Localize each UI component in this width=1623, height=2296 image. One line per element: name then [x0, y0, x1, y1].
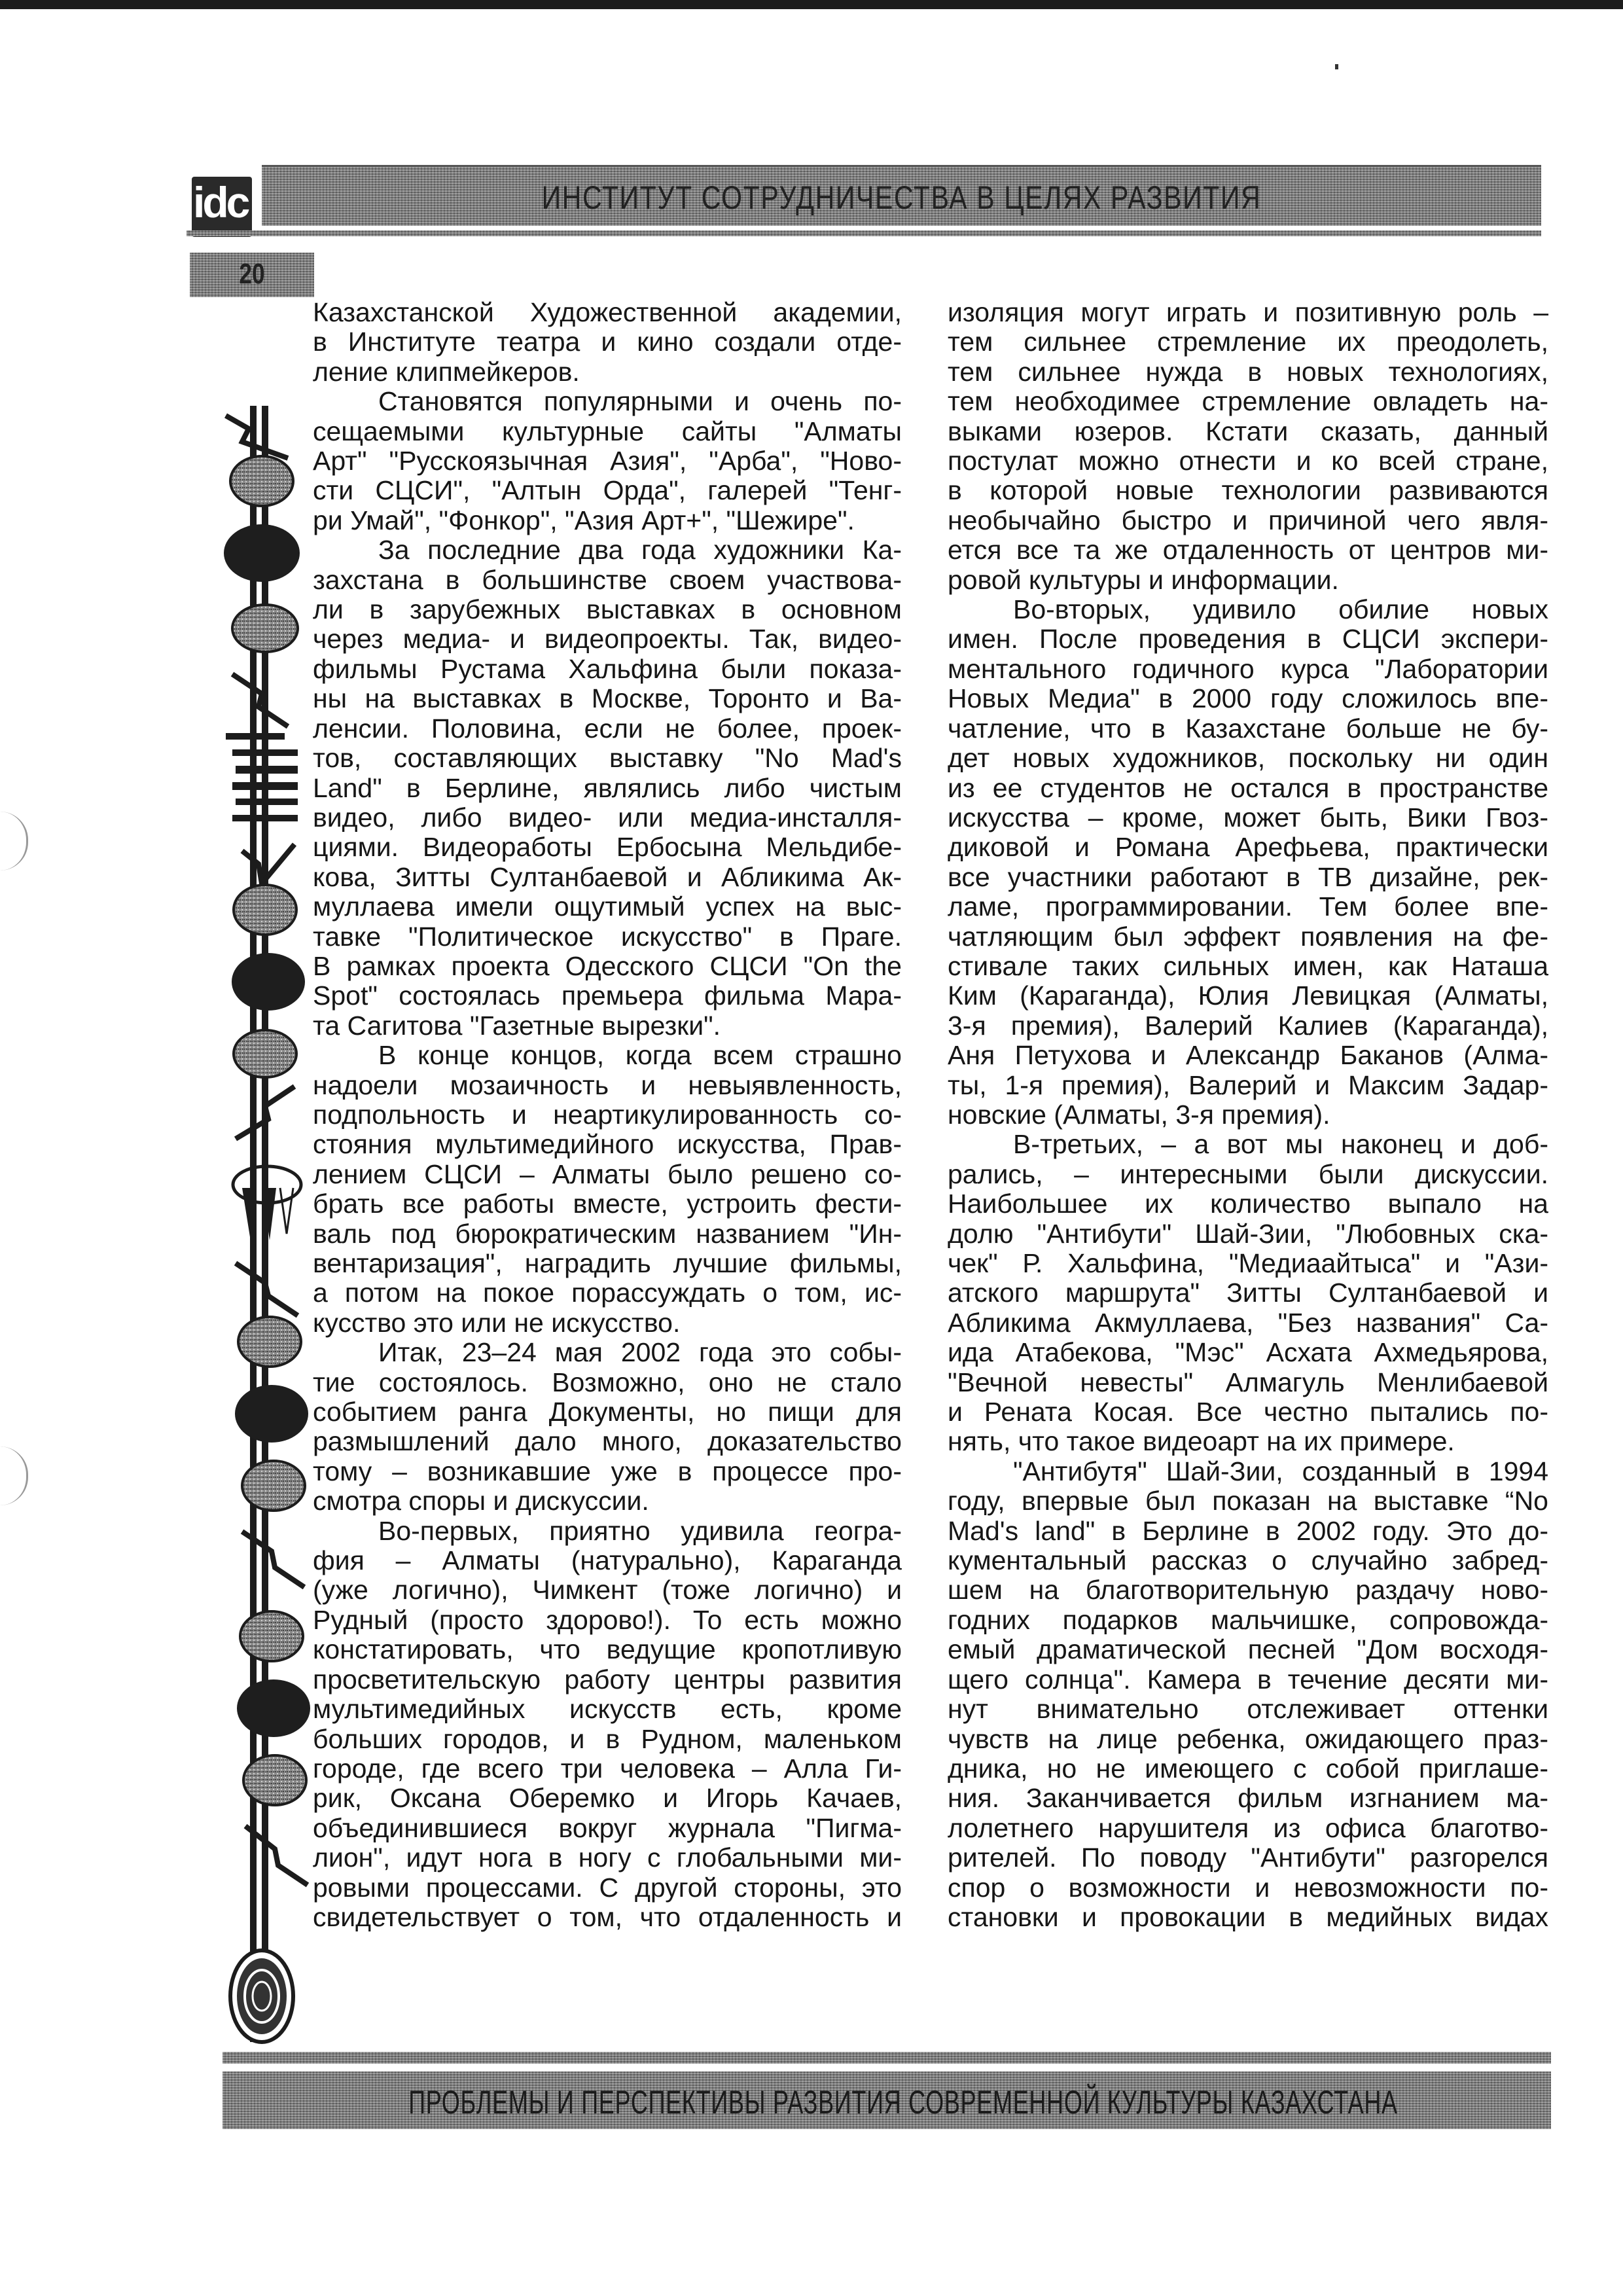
text-line: свидетельствует о том, что отдаленность … [313, 1903, 902, 1932]
header-band: ИНСТИТУТ СОТРУДНИЧЕСТВА В ЦЕЛЯХ РАЗВИТИЯ [262, 165, 1541, 226]
black-disc-icon [224, 524, 300, 582]
idc-logo-icon: idc [187, 171, 252, 237]
text-line: чатление, что в Казахстане больше не бу- [948, 714, 1548, 744]
text-line: Ким (Караганда), Юлия Левицкая (Алматы, [948, 981, 1548, 1011]
text-line: Абликима Акмуллаева, "Без названия" Са- [948, 1308, 1548, 1338]
text-line: тов, составляющих выставку "No Mad's [313, 744, 902, 773]
text-line: В рамках проекта Одесского СЦСИ "On the [313, 952, 902, 981]
text-line: кументальный рассказ о случайно забред- [948, 1546, 1548, 1575]
text-line: тие состоялось. Возможно, оно не стало [313, 1368, 902, 1397]
black-disc-icon [232, 953, 305, 1011]
text-line: ленсии. Половина, если не более, проек- [313, 714, 902, 744]
text-line: ния. Заканчивается фильм изгнанием ма- [948, 1784, 1548, 1813]
text-line: чек" Р. Хальфина, "Медиаайтыса" и "Ази- [948, 1249, 1548, 1278]
text-line: лолетнего нарушителя из офиса благотво- [948, 1814, 1548, 1843]
text-line: валь под бюрократическим названием "Ин- [313, 1219, 902, 1249]
gray-disc-icon [230, 456, 293, 506]
lightning-bolt-icon [232, 674, 288, 726]
text-line: ри Умай", "Фонкор", "Азия Арт+", "Шежире… [313, 506, 902, 535]
text-line: ида Атабекова, "Мэс" Асхата Ахмедьярова, [948, 1338, 1548, 1367]
punch-hole [0, 812, 28, 870]
text-line: та Сагитова "Газетные вырезки". [313, 1011, 902, 1041]
text-line: За последние два года художники Ка- [313, 535, 902, 565]
text-line: лион", идут нога в ногу с глобальными ми… [313, 1843, 902, 1873]
running-footer: ПРОБЛЕМЫ И ПЕРСПЕКТИВЫ РАЗВИТИЯ СОВРЕМЕН… [223, 2052, 1551, 2137]
text-line: все участники работают в ТВ дизайне, рек… [948, 863, 1548, 892]
text-line: кусство это или не искусство. [313, 1308, 902, 1338]
text-line: тавке "Политическое искусство" в Праге. [313, 922, 902, 952]
gray-disc-icon [234, 1030, 296, 1077]
gray-disc-icon [234, 885, 296, 935]
text-line: спор о возможности и невозможности по- [948, 1873, 1548, 1903]
text-line: ровой культуры и информации. [948, 565, 1548, 595]
text-line: Итак, 23–24 мая 2002 года это собы- [313, 1338, 902, 1367]
lightning-bolt-icon [226, 416, 288, 458]
text-line: муллаева имели ощутимый успех на выс- [313, 892, 902, 922]
text-line: становки и провокации в медийных видах [948, 1903, 1548, 1932]
text-line: Рудный (просто здорово!). То есть можно [313, 1605, 902, 1635]
running-header: idc ИНСТИТУТ СОТРУДНИЧЕСТВА В ЦЕЛЯХ РАЗВ… [187, 165, 1541, 247]
text-line: В конце концов, когда всем страшно [313, 1041, 902, 1070]
article-column-right: изоляция могут играть и позитивную роль … [948, 298, 1548, 1932]
black-disc-icon [235, 1385, 308, 1443]
text-line: стивале таких сильных имен, как Наташа [948, 952, 1548, 981]
article-column-left: Казахстанской Художественной академии,в … [313, 298, 902, 1932]
text-line: тому – возникавшие уже в процессе про- [313, 1457, 902, 1486]
text-line: чувств на лице ребенка, ожидающего праз- [948, 1725, 1548, 1754]
text-line: Во-вторых, удивило обилие новых [948, 595, 1548, 624]
text-line: рались, – интересными были дискуссии. [948, 1160, 1548, 1189]
text-line: брать все работы вместе, устроить фести- [313, 1189, 902, 1219]
text-line: стояния мультимедийного искусства, Прав- [313, 1130, 902, 1159]
gray-disc-icon [232, 605, 298, 652]
text-line: ты, 1-я премия), Валерий и Максим Задар- [948, 1071, 1548, 1100]
text-line: смотра споры и дискуссии. [313, 1486, 902, 1516]
decorative-ornament [196, 393, 314, 2068]
spiral-icon [230, 1950, 293, 2042]
text-line: необычайно быстро и причиной чего явля- [948, 506, 1548, 535]
text-line: Во-первых, приятно удивила геогра- [313, 1516, 902, 1546]
text-line: постулат можно отнести и ко всей стране, [948, 446, 1548, 476]
text-line: сти СЦСИ", "Алтын Орда", галерей "Тенг- [313, 476, 902, 505]
text-line: чатляющим был эффект появления на фе- [948, 922, 1548, 952]
text-line: мультимедийных искусств есть, кроме [313, 1695, 902, 1724]
gray-disc-icon [242, 1461, 305, 1511]
text-line: констатировать, что ведущие кропотливую [313, 1635, 902, 1664]
text-line: вентаризация", наградить лучшие фильмы, [313, 1249, 902, 1278]
footer-band: ПРОБЛЕМЫ И ПЕРСПЕКТИВЫ РАЗВИТИЯ СОВРЕМЕН… [223, 2072, 1551, 2129]
text-line: шем на благотворительную раздачу ново- [948, 1575, 1548, 1605]
footer-rule [223, 2052, 1551, 2064]
text-line: долю "Антибути" Шай-Зии, "Любовных ска- [948, 1219, 1548, 1249]
text-line: и Рената Косая. Все честно пытались по- [948, 1397, 1548, 1427]
punch-hole [0, 1446, 28, 1505]
text-line: лением СЦСИ – Алматы было решено со- [313, 1160, 902, 1189]
page-number-box: 20 [190, 253, 314, 297]
text-line: ны на выставках в Москве, Торонто и Ва- [313, 684, 902, 713]
text-line: в которой новые технологии развиваются [948, 476, 1548, 505]
text-line: из ее студентов не остался в пространств… [948, 774, 1548, 803]
text-line: захстана в большинстве своем участвова- [313, 565, 902, 595]
gray-disc-icon [240, 1611, 303, 1661]
text-line: "Вечной невесты" Алмагуль Менлибаевой [948, 1368, 1548, 1397]
text-line: кова, Зитты Султанбаевой и Абликима Ак- [313, 863, 902, 892]
text-line: годних подарков мальчишке, сопровожда- [948, 1605, 1548, 1635]
text-line: через медиа- и видеопроекты. Так, видео- [313, 624, 902, 654]
scan-top-edge [0, 0, 1623, 9]
text-line: тем сильнее нужда в новых технологиях, [948, 357, 1548, 387]
text-line: нут внимательно отслеживает оттенки [948, 1695, 1548, 1724]
text-line: новские (Алматы, 3-я премия). [948, 1100, 1548, 1130]
text-line: дет новых художников, поскольку ни один [948, 744, 1548, 773]
header-title: ИНСТИТУТ СОТРУДНИЧЕСТВА В ЦЕЛЯХ РАЗВИТИЯ [377, 179, 1426, 217]
text-line: Арт" "Русскоязычная Азия", "Арба", "Ново… [313, 446, 902, 476]
page-number: 20 [202, 258, 302, 291]
text-line: ровыми процессами. С другой стороны, это [313, 1873, 902, 1903]
text-line: Становятся популярными и очень по- [313, 387, 902, 416]
text-line: (уже логично), Чимкент (тоже логично) и [313, 1575, 902, 1605]
text-line: Казахстанской Художественной академии, [313, 298, 902, 327]
text-line: больших городов, и в Рудном, маленьком [313, 1725, 902, 1754]
logo-text: idc [193, 181, 247, 224]
text-line: надоели мозаичность и невыявленность, [313, 1071, 902, 1100]
text-line: ламе, программировании. Тем более впе- [948, 892, 1548, 922]
text-line: Spot" состоялась премьера фильма Мара- [313, 981, 902, 1011]
black-disc-icon [237, 1679, 310, 1737]
text-line: ление клипмейкеров. [313, 357, 902, 387]
text-line: атского маршрута" Зитты Султанбаевой и [948, 1278, 1548, 1308]
text-line: объединившиеся вокруг журнала "Пигма- [313, 1814, 902, 1843]
text-line: в Институте театра и кино создали отде- [313, 327, 902, 357]
text-line: изоляция могут играть и позитивную роль … [948, 298, 1548, 327]
text-line: В-третьих, – а вот мы наконец и доб- [948, 1130, 1548, 1159]
text-line: подпольность и неартикулированность со- [313, 1100, 902, 1130]
text-line: циями. Видеоработы Ербосына Мельдибе- [313, 833, 902, 862]
text-line: году, впервые был показан на выставке “N… [948, 1486, 1548, 1516]
text-line: просветительскую работу центры развития [313, 1665, 902, 1695]
text-line: а потом на покое порассуждать о том, ис- [313, 1278, 902, 1308]
gray-disc-icon [238, 1317, 301, 1367]
text-line: диковой и Романа Арефьева, практически [948, 833, 1548, 862]
footer-title: ПРОБЛЕМЫ И ПЕРСПЕКТИВЫ РАЗВИТИЯ СОВРЕМЕН… [408, 2083, 1365, 2121]
text-line: искусства – кроме, может быть, Вики Гвоз… [948, 803, 1548, 833]
text-line: нять, что такое видеоарт на их примере. [948, 1427, 1548, 1456]
stray-mark [1335, 64, 1338, 69]
text-line: Land" в Берлине, являлись либо чистым [313, 774, 902, 803]
text-line: рик, Оксана Оберемко и Игорь Качаев, [313, 1784, 902, 1813]
text-line: щего солнца". Камера в течение десяти ми… [948, 1665, 1548, 1695]
text-line: Наибольшее их количество выпало на [948, 1189, 1548, 1219]
text-line: городе, где всего три человека – Алла Ги… [313, 1754, 902, 1784]
gray-disc-icon [243, 1755, 306, 1805]
text-line: ется все та же отдаленность от центров м… [948, 535, 1548, 565]
text-line: имен. После проведения в СЦСИ экспери- [948, 624, 1548, 654]
text-line: выками юзеров. Кстати сказать, данный [948, 417, 1548, 446]
header-rule [187, 230, 1541, 236]
text-line: Аня Петухова и Александр Баканов (Алма- [948, 1041, 1548, 1070]
text-line: рителей. По поводу "Антибути" разгорелся [948, 1843, 1548, 1873]
text-line: "Антибутя" Шай-Зии, созданный в 1994 [948, 1457, 1548, 1486]
text-line: видео, либо видео- или медиа-инсталля- [313, 803, 902, 833]
text-line: ментального годичного курса "Лаборатории [948, 655, 1548, 684]
text-line: размышлений дало много, доказательство [313, 1427, 902, 1456]
text-line: сещаемыми культурные сайты "Алматы [313, 417, 902, 446]
text-line: дника, но не имеющего с собой приглаше- [948, 1754, 1548, 1784]
text-line: фильмы Рустама Хальфина были показа- [313, 655, 902, 684]
text-line: событием ранга Документы, но пищи для [313, 1397, 902, 1427]
text-line: 3-я премия), Валерий Калиев (Караганда), [948, 1011, 1548, 1041]
text-line: фия – Алматы (натурально), Караганда [313, 1546, 902, 1575]
text-line: Новых Медиа" в 2000 году сложилось впе- [948, 684, 1548, 713]
text-line: Mad's land" в Берлине в 2002 году. Это д… [948, 1516, 1548, 1546]
text-line: тем сильнее стремление их преодолеть, [948, 327, 1548, 357]
text-line: емый драматической песней "Дом восходя- [948, 1635, 1548, 1664]
text-line: ли в зарубежных выставках в основном [313, 595, 902, 624]
text-line: тем необходимее стремление овладеть на- [948, 387, 1548, 416]
